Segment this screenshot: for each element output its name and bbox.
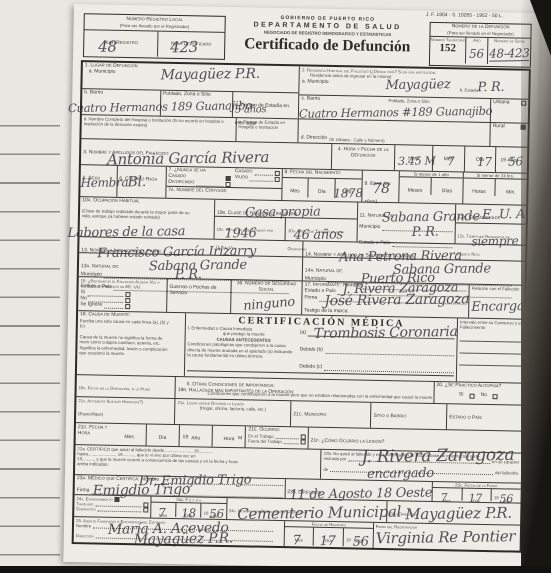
hw-entierro-ano: 56 <box>209 507 224 521</box>
s25-ano-prefix: 19 <box>346 537 351 542</box>
s21a-label: 21a. Accidente Suicidio Homicidio?) <box>78 398 172 405</box>
hw-ano-nacimiento: 1878 <box>333 186 363 200</box>
autopsia-no-checkbox <box>493 394 498 399</box>
fuerzas-ignora-checkbox <box>126 304 131 309</box>
cell-fecha-enterramiento: 24b. F e c h a Mes 7 Día 18 Año 19 56 <box>150 497 226 519</box>
s7-viudo-label: Viudo <box>235 175 248 181</box>
hw-edad: 78 <box>372 181 389 197</box>
scanned-death-certificate: J. F. 1904 - S. 10265 - 1952 - 50 L. Núm… <box>0 0 551 573</box>
hw-mes-defuncion: 7 <box>447 154 455 168</box>
cell-fuerzas-armadas: 15. ¿Perteneció el Fallecido Alguna Vez … <box>78 277 230 313</box>
s21c-label: 21c. Municipio <box>293 411 326 418</box>
fuerzas-si-checkbox <box>126 292 131 297</box>
s20-si-label: Sí <box>459 392 464 398</box>
form-reference-number: J. F. 1904 - S. 10265 - 1952 - 50 L. <box>426 13 536 21</box>
scan-shadow-right <box>521 0 551 573</box>
s25-direccion-label: Dirección <box>76 533 94 538</box>
hw-firma-dia: 17 <box>468 492 482 505</box>
hw-ocupacion: Labores de la casa <box>68 224 186 241</box>
cell-nombre-fallecido: 3. Nombre y Apellidos del Fallecido Anto… <box>81 139 331 169</box>
s22-b2: nistrada por <box>324 456 347 462</box>
hw-natural-estado: P. R. <box>411 225 438 240</box>
hw-entierro-dia: 18 <box>181 506 196 520</box>
cell-fecha-firma: 23c. Fecha de la Firma: Mes 7 Día 17 Año… <box>431 482 521 503</box>
rural-label: Rural <box>493 124 505 130</box>
s21d-dia: Día <box>158 435 166 441</box>
fuerzas-no-checkbox <box>126 298 131 303</box>
hw-municipio-defuncion: Mayagüez P.R. <box>161 66 260 84</box>
hw-agente-direccion: Mayagüez P.R. <box>134 530 233 548</box>
cell-autopsia: 20. ¿Se Practicó Autopsia? Sí No <box>433 382 523 405</box>
s20-no-label: No <box>481 393 488 399</box>
s18-nota2: Causa de la muerte no significa la forma… <box>79 334 170 356</box>
hw-natural-padre-est: P. R. <box>175 267 202 282</box>
s21-sitio-label: Sitio o Barrio <box>373 413 406 420</box>
s9-meses-label: Meses <box>408 188 423 194</box>
hw-num-registro: 48 <box>98 38 117 56</box>
s21e-fuera: Fuera del Trabajo <box>248 438 282 444</box>
s23c-ano-prefix: 19 <box>494 495 499 500</box>
s9-dias-label: Días <box>442 188 452 194</box>
margin-ruled-lines <box>0 98 60 566</box>
cell-sitio-barrio: Sitio o Barrio <box>370 403 446 429</box>
s2d-label: d. Dirección <box>301 135 328 141</box>
cell-informante: 17. Informante:Nombre Firma Testigo de l… <box>301 281 525 318</box>
hw-registro-mes: 7 <box>292 533 300 548</box>
hw-num-certificado: 423 <box>170 38 198 56</box>
s1d-label: d. Nombre Completo del Hospital o Instit… <box>81 115 235 141</box>
cell-hora-fecha-defuncion: 4. Hora y Fecha de la Defuncion Hora 3.4… <box>331 144 528 173</box>
hw-firma-mes: 7 <box>440 491 447 504</box>
cell-fecha-registro: Fecha de Registro Mes 7 Día 17 Año 19 56 <box>283 521 373 548</box>
hw-registro-ano: 56 <box>353 535 369 550</box>
cell-natural-de: 11. Natural de Municipio Estado o País S… <box>356 202 455 243</box>
cell-medico-direccion: 23b. Dirección: 11 de Agosto 18 Oeste <box>284 479 432 501</box>
s19b-label: 19b. Hallazgos más Importantes de la Ope… <box>178 387 295 395</box>
s2d-note: (Si Urbana - Calle y Número) <box>329 137 384 143</box>
hw-color-raza: Bl. <box>127 174 146 190</box>
s15-label: 15. ¿Perteneció el Fallecido Alguna Vez … <box>81 278 165 290</box>
s18-nota1: Escriba una sola causa en cada línea (a)… <box>80 318 175 330</box>
s18-antecedentes-note: Condiciones patológicas que condujeron a… <box>187 342 294 360</box>
s13a-label: 13a. Natural de: <box>81 263 120 270</box>
s2-estado-label: b. Estado <box>460 87 478 93</box>
s18-debido-c: Debido (c) <box>299 364 322 370</box>
government-heading: GOBIERNO DE PUERTO RICO DEPARTAMENTO DE … <box>233 15 422 57</box>
cell-estado-civil: 7. ¿Nunca se ha Casado Divorciado Casado… <box>165 167 282 200</box>
s21b-note: (Hogar, oficina, factoría, calle, etc.) <box>177 405 288 412</box>
s21d-ano-prefix: 19 <box>183 435 189 441</box>
col-lugar-defuncion: 1. Lugar de Defuncion a. Municipio Mayag… <box>81 62 299 142</box>
cremacion-checkbox <box>143 508 148 513</box>
hw-dia-defuncion: 17 <box>477 155 492 169</box>
s4-ano-prefix: 19 <box>500 158 506 164</box>
s18-intervalo-label: Intervalo entre su Comienzo y el Falleci… <box>460 319 522 330</box>
autopsia-si-checkbox <box>470 393 475 398</box>
row-place-residence: 1. Lugar de Defuncion a. Municipio Mayag… <box>81 62 528 147</box>
cell-cementerio-direccion: 24d. Dirección Mayagüez P.R. <box>386 501 520 525</box>
cell-fecha-nacimiento: 8. Fecha del Nacimiento Mes Día Año 1878 <box>281 169 362 202</box>
s25-nombre-label: Nombre <box>76 523 91 528</box>
cell-ocurrio: 21e. Ocurrió: En el Trabajo Fuera del Tr… <box>245 426 308 448</box>
s17-firma-label: Firma <box>304 295 317 301</box>
hw-medico-direccion: 11 de Agosto 18 Oeste <box>289 485 432 502</box>
s10a-label: 10a. Ocupación Habitual <box>82 198 212 206</box>
death-number-box: Número de la Defunción (Para ser llenado… <box>429 22 532 68</box>
s16-label: 16. Número de Seguridad Social <box>233 281 300 294</box>
s17-label: 17. Informante: <box>305 282 342 289</box>
s21d-ano: Año <box>191 435 200 441</box>
s18-debido-b: Debido (b) <box>300 347 323 353</box>
hw-causa-muerte: Trombosis Coronaria <box>314 324 458 342</box>
s22-fallecido: del fallecido. <box>495 470 519 476</box>
cell-fecha-operacion: 19a. Fecha de la Operación, si la Hubo <box>76 375 174 398</box>
certificate-title: Certificado de Defunción <box>233 35 421 57</box>
hw-cementerio-direccion: Mayagüez P.R. <box>405 504 512 524</box>
s20-label: 20. ¿Se Practicó Autopsia? <box>436 383 520 391</box>
row-ocupacion: 10a. Ocupación Habitual (Clase de trabaj… <box>80 196 527 245</box>
viudo-checkbox <box>274 177 279 182</box>
hw-registro-dia: 17 <box>320 534 336 549</box>
s15-guerras-label: Guerras o Fechas de Servicio <box>166 279 230 313</box>
cell-causa-muerte-notas: 18. Causa de Muerte: Escriba una sola ca… <box>77 311 185 376</box>
hw-natural-municipio: Sabana Grande <box>381 209 479 226</box>
intervalo-line-3 <box>459 354 521 367</box>
cell-no-asisti: 22b. No asistí al fallecido y esta Certi… <box>320 450 521 483</box>
hw-cementerio: Cementerio Municipal <box>237 503 401 524</box>
hw-defnum-ano: 56 <box>469 47 484 61</box>
s9-min-label: Min. <box>506 189 516 195</box>
cell-accidente: 21a. Accidente Suicidio Homicidio?) (Esp… <box>76 397 175 424</box>
s10a-note: (Clase de trabajo realizado durante la m… <box>82 208 199 221</box>
hw-anos-trabajo: 46 años <box>294 227 343 243</box>
s21-estado-label: Estado o País <box>449 414 482 421</box>
s21d-hora: Hora <box>224 436 235 442</box>
cell-municipio-lesion: 21c. Municipio <box>290 401 371 428</box>
hw-barrio-defuncion: Cuatro Hermanos 189 Guanajibo <box>68 98 252 115</box>
cell-firma-registrador: Firma del Registrador Virginia Re Pontie… <box>372 523 520 551</box>
hw-nombre-fallecido: Antonia García Rivera <box>107 148 269 169</box>
s24b-ano-prefix: 19 <box>204 511 209 516</box>
hw-entierro-mes: 7 <box>158 506 166 520</box>
hw-firma-registrador: Virginia Re Pontier <box>375 527 515 547</box>
s15-ignora-label: Se Ignora <box>80 302 102 308</box>
certificate-paper: J. F. 1904 - S. 10265 - 1952 - 50 L. Núm… <box>63 4 540 571</box>
s21f-label: 21f. ¿Cómo Ocurrió la Lesión? <box>311 438 385 445</box>
s9-horas-label: Horas <box>472 189 485 195</box>
s21d-m: M <box>238 436 242 442</box>
fuera-trabajo-checkbox <box>300 440 305 445</box>
hw-informante-firma: José Rivera Zaragoza <box>324 291 469 309</box>
s14a-label: 14a. Natural de: <box>305 267 344 274</box>
hw-sexo: Hembra <box>80 175 128 190</box>
s21d-label: 21d. Fecha y Hora <box>76 423 114 445</box>
hw-fecha-ultimo-trabajo: 1946 <box>224 226 256 241</box>
cell-certificacion-medica: CERTIFICACIÓN MÉDICA I. Enfermedad o Cau… <box>184 313 457 381</box>
hw-tiempo-residencia-pr: siempre <box>471 234 518 249</box>
s24-cremacion-label: Cremación <box>76 506 95 512</box>
s7a-conyuge-label: 7a. Nombre del Cónyuge: <box>166 186 281 197</box>
hw-negocio: Casa propia <box>245 204 321 220</box>
s22-de: de <box>323 467 328 472</box>
hw-suministrada-por: J. Rivera Zaragoza <box>362 445 515 467</box>
scan-shadow-bottom <box>0 566 551 573</box>
cell-edad: 9. Edad (en años) 78 Si menor de 1 año M… <box>361 171 527 205</box>
hw-seguro-social: ninguno <box>242 295 295 314</box>
hw-caracter-de: encargado <box>367 466 434 482</box>
s19a-label: 19a. Fecha de la Operación, si la Hubo <box>79 385 151 391</box>
hw-estado-residencia: P. R. <box>478 80 505 95</box>
s17-relacion-label: Relación con el Fallecido <box>472 286 523 292</box>
cell-ocupacion-habitual: 10a. Ocupación Habitual (Clase de trabaj… <box>80 197 215 239</box>
s4-label: 4. Hora y Fecha de la Defuncion <box>332 144 395 170</box>
urbana-label: Urbana <box>493 100 510 106</box>
cell-seguridad-social: 16. Número de Seguridad Social ninguno <box>230 280 302 314</box>
hw-municipio-residencia: Mayagüez <box>386 77 451 93</box>
s18-a-mark: (a) <box>300 330 306 336</box>
s21d-mes: Mes <box>124 434 134 440</box>
casado-checkbox <box>274 171 279 176</box>
certificate-form-grid: 1. Lugar de Defuncion a. Municipio Mayag… <box>72 60 531 553</box>
cell-sexo: 5. Sexo Hembra <box>80 165 116 197</box>
cell-negocio-industria: 10b. Clase de Negocio o Industria Casa p… <box>213 200 356 242</box>
s7-divorciado-label: Divorciado <box>168 180 194 186</box>
cell-intervalo: Intervalo entre su Comienzo y el Falleci… <box>456 318 524 382</box>
hw-hora-defuncion: 3.45 M <box>398 154 436 168</box>
cell-lugar-lesion: 21b. Lugar donde Ocurrió la Lesión (Hoga… <box>174 399 290 426</box>
col-residencia-habitual: 2. Residencia Habitual del Fallecido (¿D… <box>298 66 529 146</box>
territorio-value: 152 <box>430 42 465 55</box>
ano-label: Año <box>466 38 487 44</box>
s11-mun-label: Municipio <box>359 225 380 231</box>
local-registry-box: Número Registro Local (Para ser llenado … <box>83 13 226 60</box>
s8-mes-label: Mes <box>290 188 300 194</box>
s8-dia-label: Día <box>318 189 326 195</box>
row-certificacion-medica: 18. Causa de Muerte: Escriba una sola ca… <box>77 310 524 383</box>
cell-medico-certifica: 23a. Médico que Certifica:Nombre Firma D… <box>75 475 285 498</box>
hw-medico-firma: Emigdio Trigo <box>93 482 191 500</box>
cell-estado-pais-lesion: Estado o País <box>446 404 522 430</box>
s21a-especifique: (Especifique) <box>78 411 172 418</box>
